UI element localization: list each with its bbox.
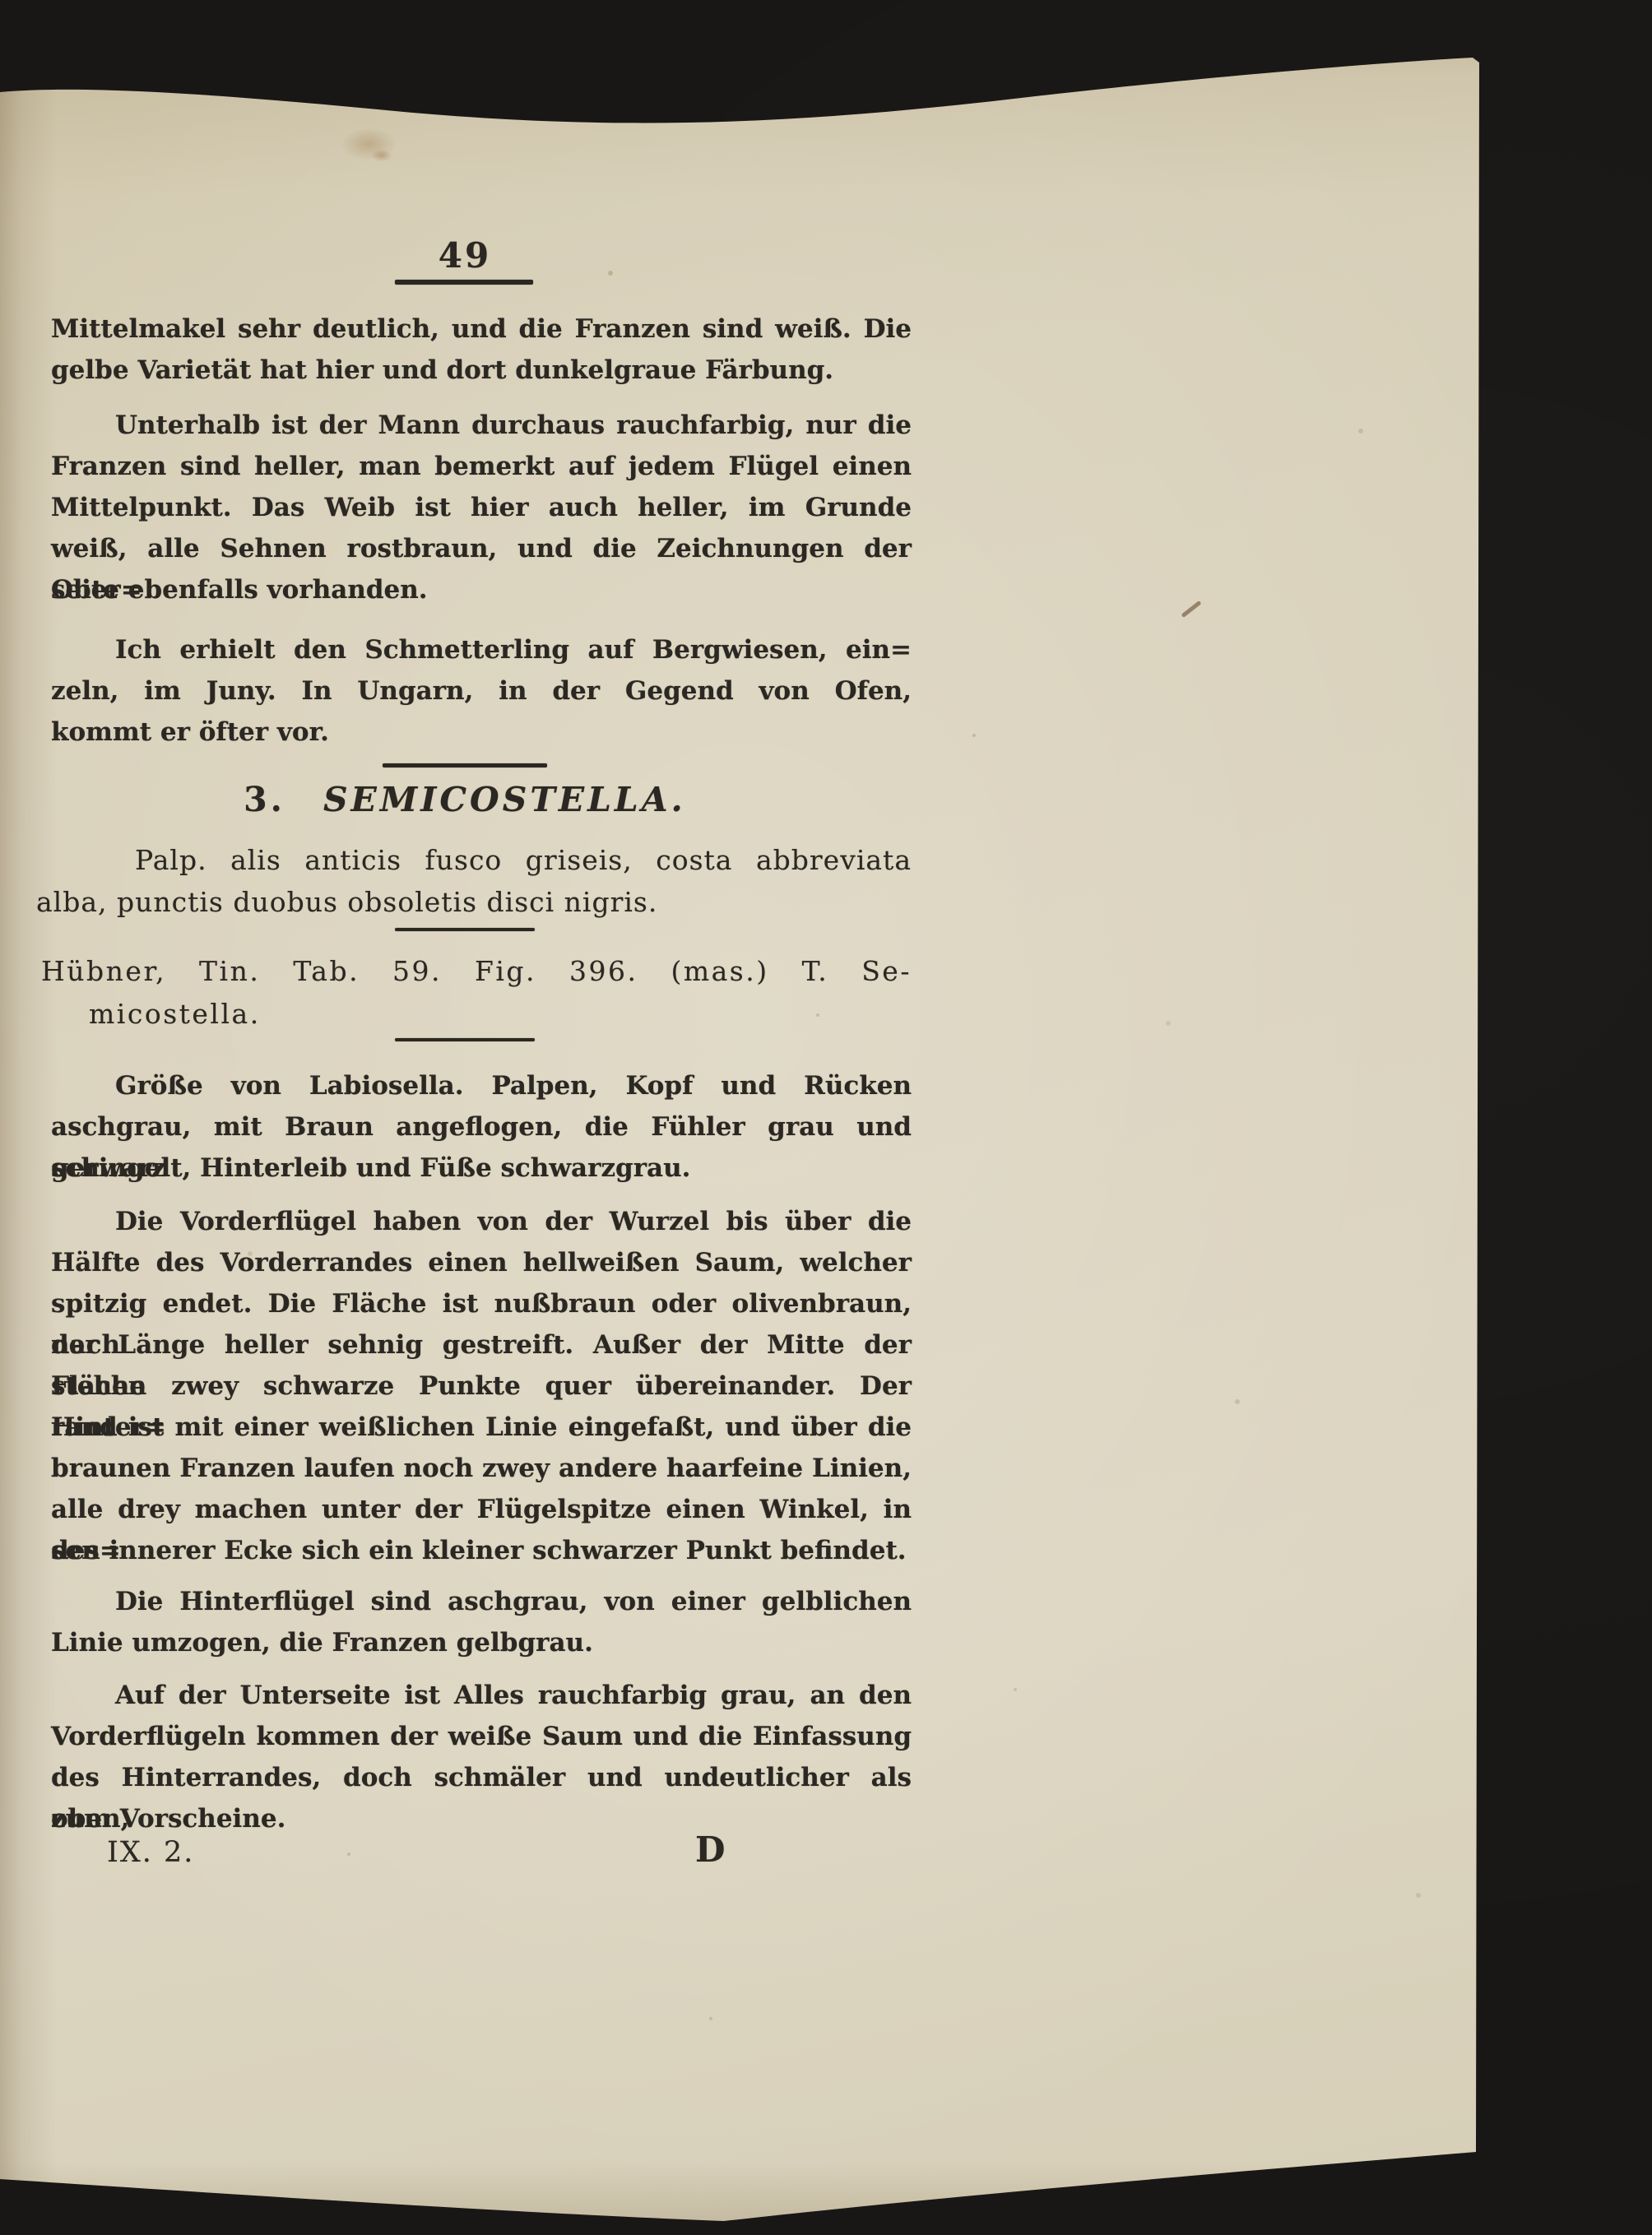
- text-line: zum Vorscheine.: [51, 1798, 912, 1839]
- body-paragraph-7: Auf der Unterseite ist Alles rauchfarbig…: [51, 1675, 912, 1839]
- section-rule-3: [395, 1038, 535, 1041]
- species-number: 3.: [244, 780, 285, 819]
- text-line: alba, punctis duobus obsoletis disci nig…: [36, 881, 912, 923]
- text-line: gelbe Varietät hat hier und dort dunkelg…: [51, 350, 912, 391]
- text-line: Hälfte des Vorderrandes einen hellweißen…: [51, 1242, 912, 1283]
- body-paragraph-2: Unterhalb ist der Mann durchaus rauchfar…: [51, 405, 912, 610]
- text-line: stehen zwey schwarze Punkte quer überein…: [51, 1366, 912, 1407]
- text-line: weiß, alle Sehnen rostbraun, und die Zei…: [51, 528, 912, 569]
- text-line: Palp. alis anticis fusco griseis, costa …: [36, 839, 912, 881]
- text-line: Die Vorderflügel haben von der Wurzel bi…: [51, 1201, 912, 1242]
- latin-diagnosis: Palp. alis anticis fusco griseis, costa …: [36, 839, 912, 923]
- body-paragraph-4: Größe von Labiosella. Palpen, Kopf und R…: [51, 1065, 912, 1189]
- text-line: sen innerer Ecke sich ein kleiner schwar…: [51, 1530, 912, 1571]
- text-line: geringelt, Hinterleib und Füße schwarzgr…: [51, 1148, 912, 1189]
- text-line: Vorderflügeln kommen der weiße Saum und …: [51, 1716, 912, 1757]
- text-line: spitzig endet. Die Fläche ist nußbraun o…: [51, 1283, 912, 1324]
- text-line: rand ist mit einer weißlichen Linie eing…: [51, 1407, 912, 1448]
- page-number-rule: [395, 280, 533, 285]
- text-line: der Länge heller sehnig gestreift. Außer…: [51, 1324, 912, 1366]
- text-line: zeln, im Juny. In Ungarn, in der Gegend …: [51, 670, 912, 712]
- body-paragraph-1: Mittelmakel sehr deutlich, und die Franz…: [51, 308, 912, 391]
- catchword: D: [695, 1829, 725, 1870]
- text-line: alle drey machen unter der Flügelspitze …: [51, 1489, 912, 1530]
- text-line: Unterhalb ist der Mann durchaus rauchfar…: [51, 405, 912, 446]
- text-line: Mittelpunkt. Das Weib ist hier auch hell…: [51, 487, 912, 528]
- scanned-book-photo: { "colors": { "background": "#191715", "…: [0, 0, 1652, 2235]
- text-line: kommt er öfter vor.: [51, 712, 912, 753]
- text-line: Linie umzogen, die Franzen gelbgrau.: [51, 1622, 912, 1663]
- body-paragraph-5: Die Vorderflügel haben von der Wurzel bi…: [51, 1201, 912, 1571]
- text-line: micostella.: [41, 993, 912, 1036]
- signature-mark: IX. 2.: [107, 1836, 194, 1869]
- species-heading: 3.SEMICOSTELLA.: [51, 780, 879, 819]
- text-line: Ich erhielt den Schmetterling auf Bergwi…: [51, 629, 912, 670]
- species-name: SEMICOSTELLA.: [323, 780, 686, 819]
- text-line: seite ebenfalls vorhanden.: [51, 569, 912, 610]
- section-rule-1: [383, 763, 547, 767]
- text-line: Auf der Unterseite ist Alles rauchfarbig…: [51, 1675, 912, 1716]
- paper-specks: [0, 0, 3, 3]
- body-paragraph-6: Die Hinterflügel sind aschgrau, von eine…: [51, 1581, 912, 1663]
- citation-hubner: Hübner, Tin. Tab. 59. Fig. 396. (mas.) T…: [41, 950, 912, 1036]
- text-line: braunen Franzen laufen noch zwey andere …: [51, 1448, 912, 1489]
- text-line: des Hinterrandes, doch schmäler und unde…: [51, 1757, 912, 1798]
- page-number: 49: [51, 235, 879, 276]
- text-line: aschgrau, mit Braun angeflogen, die Fühl…: [51, 1106, 912, 1148]
- paper-stain-small: [372, 150, 392, 161]
- text-line: Hübner, Tin. Tab. 59. Fig. 396. (mas.) T…: [41, 950, 912, 993]
- text-line: Franzen sind heller, man bemerkt auf jed…: [51, 446, 912, 487]
- text-line: Mittelmakel sehr deutlich, und die Franz…: [51, 308, 912, 350]
- body-paragraph-3: Ich erhielt den Schmetterling auf Bergwi…: [51, 629, 912, 753]
- text-line: Größe von Labiosella. Palpen, Kopf und R…: [51, 1065, 912, 1106]
- text-line: Die Hinterflügel sind aschgrau, von eine…: [51, 1581, 912, 1622]
- section-rule-2: [395, 928, 535, 931]
